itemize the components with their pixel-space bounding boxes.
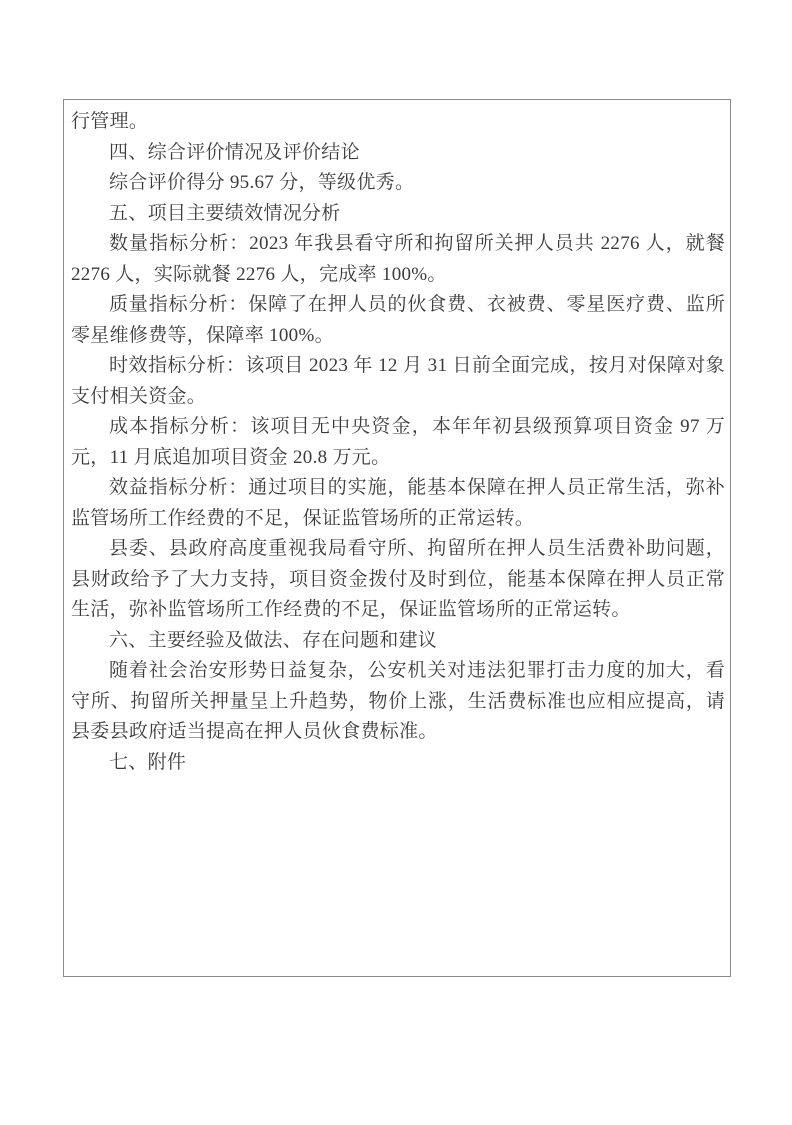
benefit-indicator-analysis: 效益指标分析：通过项目的实施，能基本保障在押人员正常生活，弥补监管场所工作经费的… <box>71 473 725 534</box>
report-table-cell-border: 行管理。四、综合评价情况及评价结论综合评价得分 95.67 分，等级优秀。五、项… <box>63 99 731 977</box>
section-4-score: 综合评价得分 95.67 分，等级优秀。 <box>71 168 725 199</box>
section-4-heading: 四、综合评价情况及评价结论 <box>71 138 725 169</box>
document-page: 行管理。四、综合评价情况及评价结论综合评价得分 95.67 分，等级优秀。五、项… <box>0 0 792 1125</box>
section-6-heading: 六、主要经验及做法、存在问题和建议 <box>71 626 725 657</box>
county-support-paragraph: 县委、县政府高度重视我局看守所、拘留所在押人员生活费补助问题，县财政给予了大力支… <box>71 534 725 626</box>
quality-indicator-analysis: 质量指标分析：保障了在押人员的伙食费、衣被费、零星医疗费、监所零星维修费等，保障… <box>71 290 725 351</box>
section-6-body: 随着社会治安形势日益复杂，公安机关对违法犯罪打击力度的加大，看守所、拘留所关押量… <box>71 656 725 748</box>
quantity-indicator-analysis: 数量指标分析：2023 年我县看守所和拘留所关押人员共 2276 人，就餐 22… <box>71 229 725 290</box>
timeliness-indicator-analysis: 时效指标分析：该项目 2023 年 12 月 31 日前全面完成，按月对保障对象… <box>71 351 725 412</box>
section-5-heading: 五、项目主要绩效情况分析 <box>71 199 725 230</box>
cost-indicator-analysis: 成本指标分析：该项目无中央资金，本年年初县级预算项目资金 97 万元，11 月底… <box>71 412 725 473</box>
continuation-line: 行管理。 <box>71 107 725 138</box>
section-7-heading: 七、附件 <box>71 748 725 779</box>
report-body: 行管理。四、综合评价情况及评价结论综合评价得分 95.67 分，等级优秀。五、项… <box>71 107 725 778</box>
